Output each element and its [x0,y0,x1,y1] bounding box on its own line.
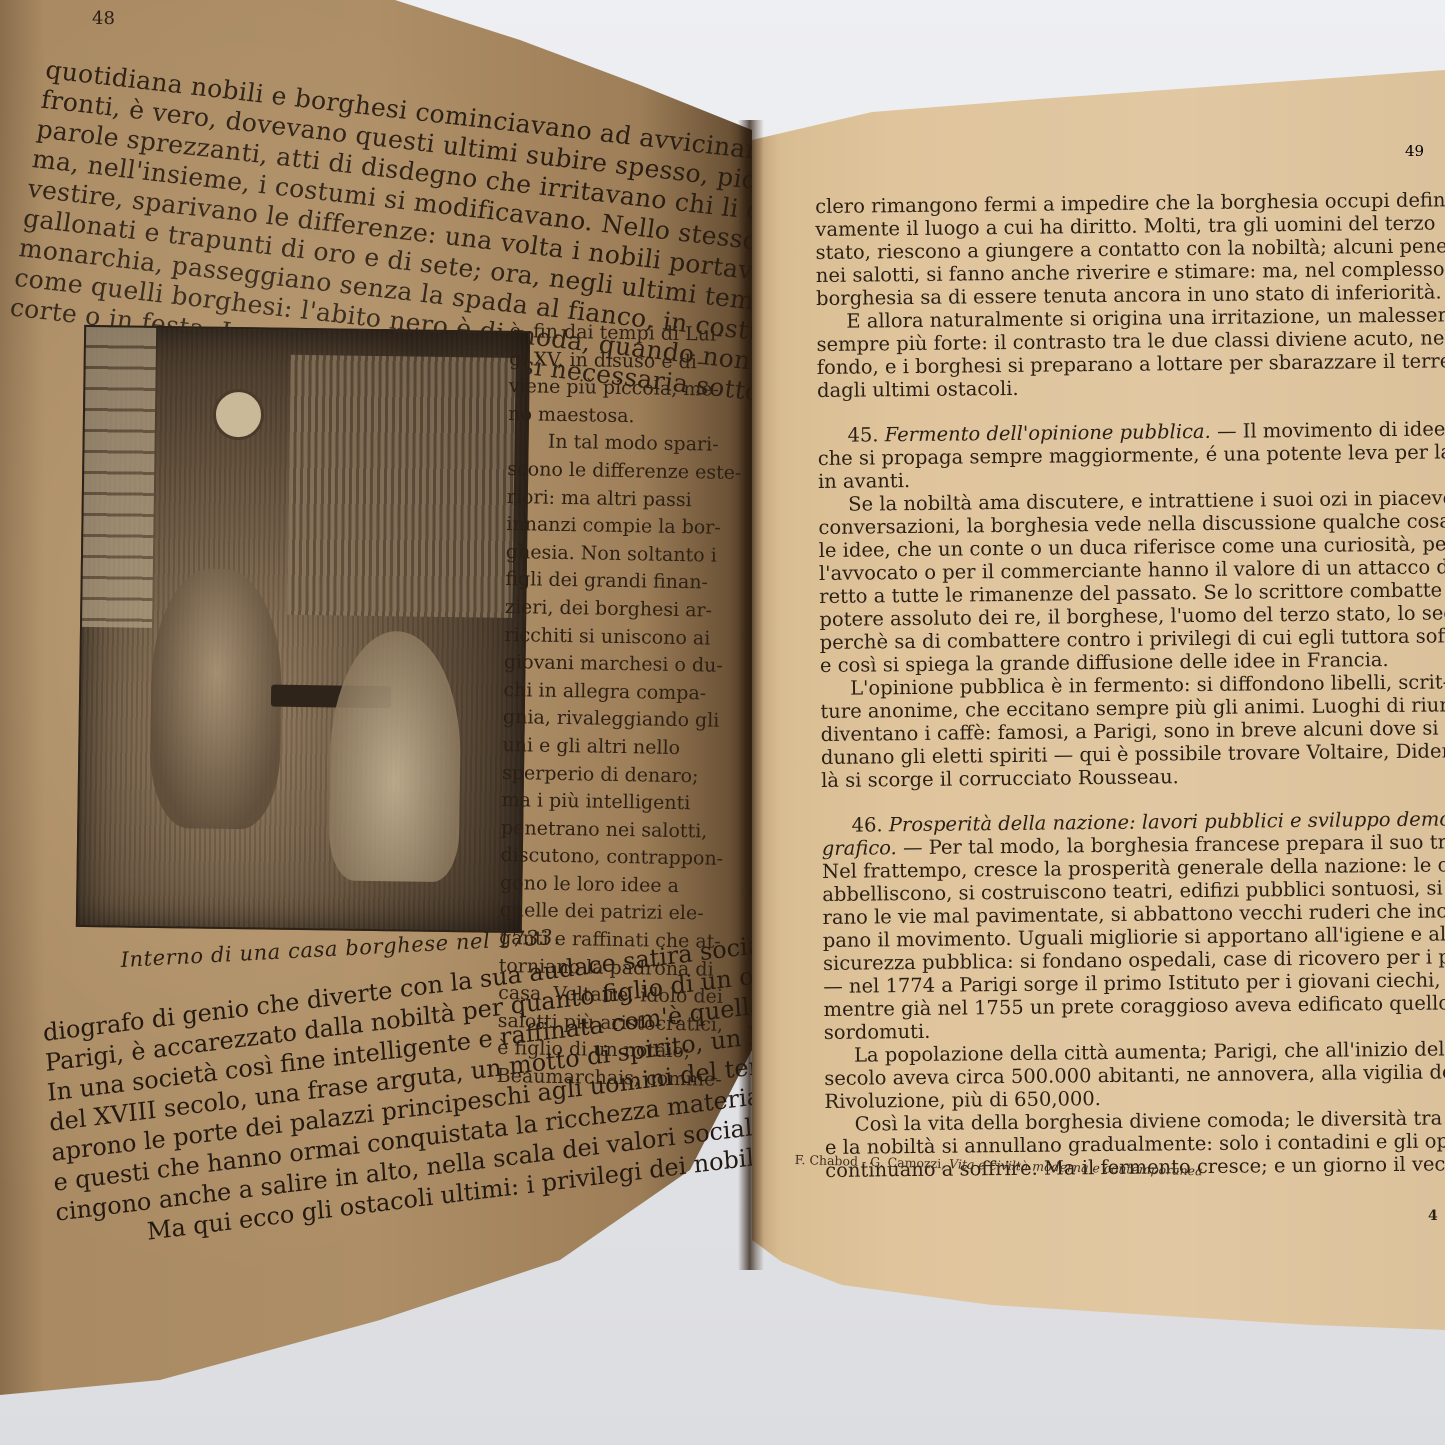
text-line: gono le loro idee a [500,870,730,902]
lady-gown-detail [328,630,461,882]
text-line: ricchiti si uniscono ai [504,621,734,653]
section-number: 46. [851,813,882,836]
text-line: ma i più intelligenti [501,787,731,819]
text-line: zieri, dei borghesi ar- [505,594,735,626]
text-line: riori: ma altri passi [507,484,737,516]
text-line: gi XV, in disuso e di- [509,346,739,378]
section-number: 45. [847,423,878,446]
curtain-detail [287,355,516,618]
section-title: grafico. [822,836,897,860]
signature-mark: 4 [1428,1208,1438,1224]
window-detail [82,327,156,628]
text-line: — Il movimento di idee [1217,417,1445,442]
text-line: gnia, rivaleggiando gli [503,704,733,736]
text-line: chi in allegra compa- [503,677,733,709]
book-gutter-shadow [738,120,764,1270]
text-line: discutono, contrappon- [500,842,730,874]
text-line: quelle dei patrizi ele- [499,897,729,929]
text-line: no maestosa. [508,401,738,433]
text-line: innanzi compie la bor- [506,511,736,543]
right-page-body: clero rimangono fermi a impedire che la … [815,188,1445,1182]
text-line: ghesia. Non soltanto i [506,539,736,571]
text-line: penetrano nei salotti, [501,815,731,847]
engraving-illustration [76,325,530,933]
page-number-right: 49 [1405,142,1424,160]
page-number-left: 48 [92,8,115,29]
text-line: In tal modo spari- [508,428,738,460]
text-line: è, fin dai tempi di Lui- [510,318,740,350]
text-line: sperperio di denaro; [502,759,732,791]
text-line: viene più piccola, me- [509,373,739,405]
seated-figures-detail [149,568,283,830]
wall-clock-detail [213,389,265,441]
text-line: scono le differenze este- [507,456,737,488]
text-line: uni e gli altri nello [502,732,732,764]
section-title: Fermento dell'opinione pubblica. [885,420,1211,446]
text-line: figli dei grandi finan- [505,566,735,598]
text-line: giovani marchesi o du- [504,649,734,681]
